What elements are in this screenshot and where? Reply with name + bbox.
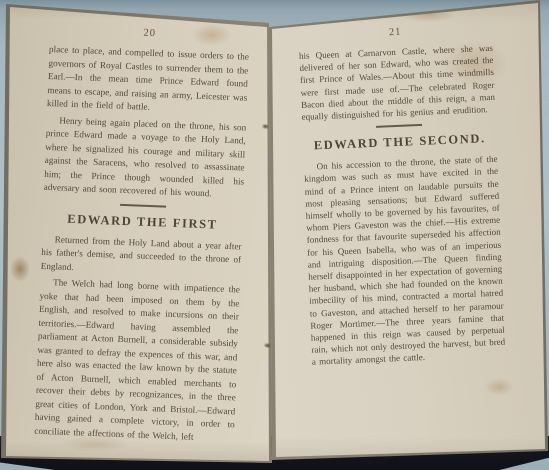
binding-stitch (264, 343, 272, 349)
body-paragraph: his Queen at Carnarvon Castle, where she… (299, 42, 496, 123)
right-page-text: 21 his Queen at Carnarvon Castle, where … (298, 23, 506, 371)
section-rule (120, 203, 166, 207)
left-page-text: 20 place to place, and compelled to issu… (34, 24, 250, 448)
body-paragraph: place to place, and compelled to issue o… (47, 43, 249, 118)
section-heading: EDWARD THE FIRST (42, 210, 242, 233)
body-paragraph: On his accession to the throne, the stat… (303, 153, 506, 368)
stain (484, 378, 514, 396)
body-paragraph: Henry being again placed on the throne, … (43, 113, 246, 202)
page-number: 20 (50, 24, 250, 43)
section-rule (376, 124, 422, 128)
book-photo: 20 place to place, and compelled to issu… (0, 0, 549, 470)
binding-stitch (262, 124, 270, 130)
section-heading: EDWARD THE SECOND. (303, 131, 497, 154)
body-paragraph: The Welch had long borne with impatience… (34, 276, 240, 446)
body-paragraph: Returned from the Holy Land about a year… (40, 232, 241, 280)
page-number: 21 (298, 23, 492, 42)
stain (10, 256, 30, 282)
